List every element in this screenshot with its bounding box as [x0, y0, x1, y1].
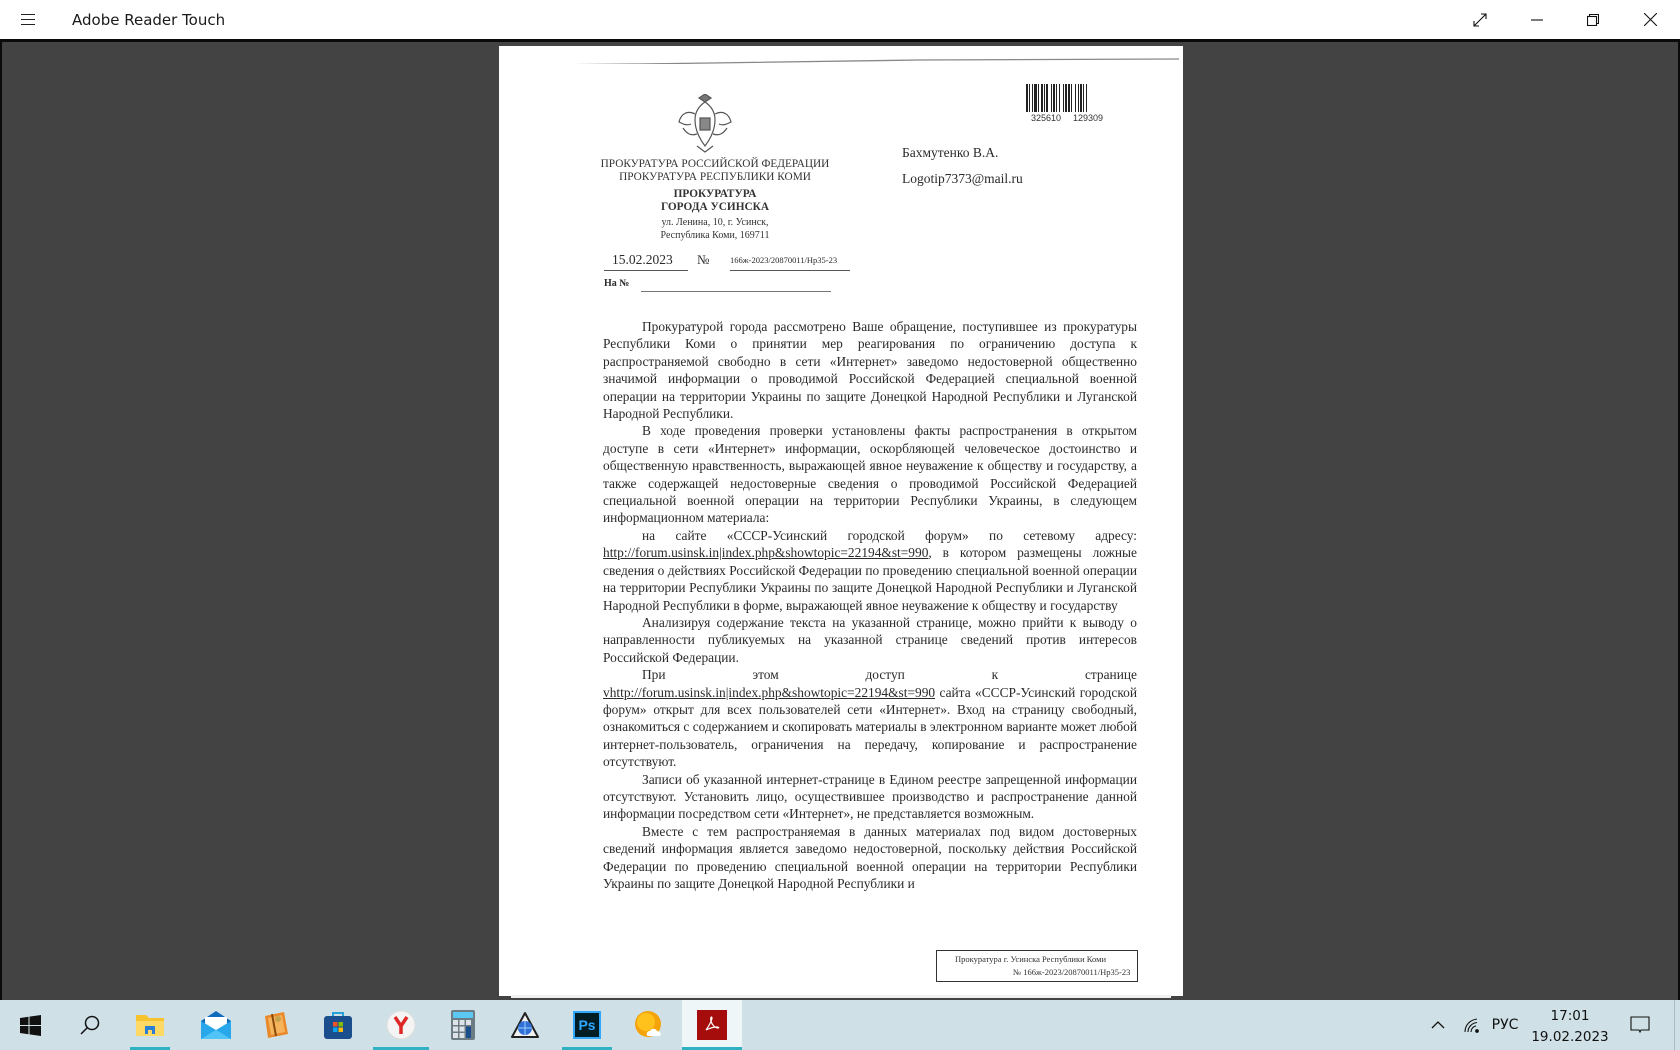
title-bar: Adobe Reader Touch: [0, 0, 1680, 39]
recipient-name: Бахмутенко В.А.: [902, 140, 1023, 166]
recipient-block: Бахмутенко В.А. Logotip7373@mail.ru: [902, 140, 1023, 192]
weather-icon: [634, 1010, 664, 1040]
paragraph: При этом доступ к странице vhttp://forum…: [603, 666, 1137, 770]
taskbar: Ps РУС 17:01 19.02.2023: [0, 1000, 1680, 1050]
scan-artifact-line: [499, 56, 1183, 64]
search-icon: [80, 1015, 100, 1035]
underline: [730, 270, 850, 271]
reference-label: На №: [604, 278, 629, 289]
address-line: ул. Ленина, 10, г. Усинск,: [599, 216, 831, 229]
paragraph: на сайте «СССР-Усинский городской форум»…: [603, 527, 1137, 614]
language-indicator[interactable]: РУС: [1489, 1000, 1521, 1050]
fullscreen-button[interactable]: [1452, 0, 1508, 39]
folder-icon: [136, 1012, 164, 1038]
org-line: ПРОКУРАТУРА РЕСПУБЛИКИ КОМИ: [599, 171, 831, 184]
start-button[interactable]: [0, 1000, 60, 1050]
photoshop-icon: Ps: [573, 1011, 601, 1039]
forum-link[interactable]: http://forum.usinsk.in|index.php&showtop…: [603, 545, 928, 560]
globe-triangle-icon: [510, 1011, 540, 1039]
paragraph: Вместе с тем распространяемая в данных м…: [603, 823, 1137, 893]
restore-icon: [1587, 14, 1599, 26]
coat-of-arms-emblem: [677, 94, 733, 154]
document-date: 15.02.2023: [612, 252, 673, 268]
taskbar-calculator[interactable]: [433, 1000, 493, 1050]
address-line: Республика Коми, 169711: [599, 229, 831, 242]
store-icon: [323, 1010, 353, 1040]
action-center-button[interactable]: [1620, 1000, 1660, 1050]
barcode-number-right: 129309: [1073, 113, 1103, 123]
taskbar-photoshop[interactable]: Ps: [557, 1000, 617, 1050]
taskbar-archiver[interactable]: [246, 1000, 306, 1050]
horizontal-scrollbar[interactable]: [511, 995, 1171, 998]
date-number-row: 15.02.2023 № 166ж-2023/20870011/Нр35-23: [604, 252, 854, 272]
taskbar-microsoft-store[interactable]: [308, 1000, 368, 1050]
expand-diagonal-icon: [1473, 13, 1487, 27]
document-number: 166ж-2023/20870011/Нр35-23: [730, 255, 837, 265]
org-bold-line: ПРОКУРАТУРА: [599, 188, 831, 201]
stamp-line: № 166ж-2023/20870011/Нр35-23: [955, 966, 1137, 979]
close-icon: [1644, 13, 1657, 26]
clock-date: 19.02.2023: [1530, 1027, 1610, 1048]
pdf-page: ПРОКУРАТУРА РОССИЙСКОЙ ФЕДЕРАЦИИ ПРОКУРА…: [499, 46, 1183, 996]
hamburger-menu-icon[interactable]: [18, 10, 40, 30]
windows-logo-icon: [20, 1015, 41, 1036]
document-viewport[interactable]: ПРОКУРАТУРА РОССИЙСКОЙ ФЕДЕРАЦИИ ПРОКУРА…: [0, 39, 1680, 1000]
registration-stamp: Прокуратура г. Усинска Республики Коми №…: [936, 950, 1138, 982]
recipient-email: Logotip7373@mail.ru: [902, 166, 1023, 192]
calculator-icon: [451, 1010, 475, 1040]
org-bold-line: ГОРОДА УСИНСКА: [599, 201, 831, 214]
show-desktop-divider[interactable]: [1674, 1000, 1675, 1050]
mail-icon: [201, 1011, 231, 1039]
restore-button[interactable]: [1565, 0, 1621, 39]
search-button[interactable]: [60, 1000, 120, 1050]
stamp-line: Прокуратура г. Усинска Республики Коми: [955, 953, 1137, 966]
barcode-number-left: 325610: [1031, 113, 1061, 123]
taskbar-file-explorer[interactable]: [120, 1000, 180, 1050]
yandex-icon: [386, 1010, 416, 1040]
letter-body: Прокуратурой города рассмотрено Ваше обр…: [603, 318, 1137, 892]
archive-icon: [262, 1010, 290, 1040]
barcode: 325610 129309: [1026, 84, 1108, 122]
minimize-button[interactable]: [1509, 0, 1565, 39]
sender-organization: ПРОКУРАТУРА РОССИЙСКОЙ ФЕДЕРАЦИИ ПРОКУРА…: [599, 158, 831, 242]
taskbar-adobe-reader[interactable]: [682, 1000, 742, 1050]
underline: [604, 270, 688, 271]
paragraph: В ходе проведения проверки установлены ф…: [603, 422, 1137, 526]
acrobat-icon: [697, 1010, 727, 1040]
clock-time: 17:01: [1530, 1006, 1610, 1027]
minimize-icon: [1531, 14, 1543, 26]
clock[interactable]: 17:01 19.02.2023: [1530, 1006, 1610, 1048]
number-sign: №: [697, 252, 709, 268]
forum-link[interactable]: vhttp://forum.usinsk.in|index.php&showto…: [603, 685, 935, 700]
action-center-icon: [1630, 1016, 1650, 1034]
barcode-bars: [1026, 84, 1108, 112]
taskbar-weather[interactable]: [619, 1000, 679, 1050]
paragraph: Анализируя содержание текста на указанно…: [603, 614, 1137, 666]
taskbar-network-app[interactable]: [495, 1000, 555, 1050]
app-title: Adobe Reader Touch: [72, 11, 225, 29]
wifi-icon: [1463, 1017, 1481, 1033]
show-hidden-icons-button[interactable]: [1425, 1000, 1451, 1050]
network-button[interactable]: [1458, 1000, 1486, 1050]
paragraph: Прокуратурой города рассмотрено Ваше обр…: [603, 318, 1137, 422]
close-button[interactable]: [1622, 0, 1678, 39]
chevron-up-icon: [1431, 1021, 1445, 1029]
taskbar-yandex-browser[interactable]: [371, 1000, 431, 1050]
underline: [641, 291, 831, 292]
taskbar-mail[interactable]: [186, 1000, 246, 1050]
paragraph: Записи об указанной интернет-странице в …: [603, 771, 1137, 823]
org-line: ПРОКУРАТУРА РОССИЙСКОЙ ФЕДЕРАЦИИ: [599, 158, 831, 171]
